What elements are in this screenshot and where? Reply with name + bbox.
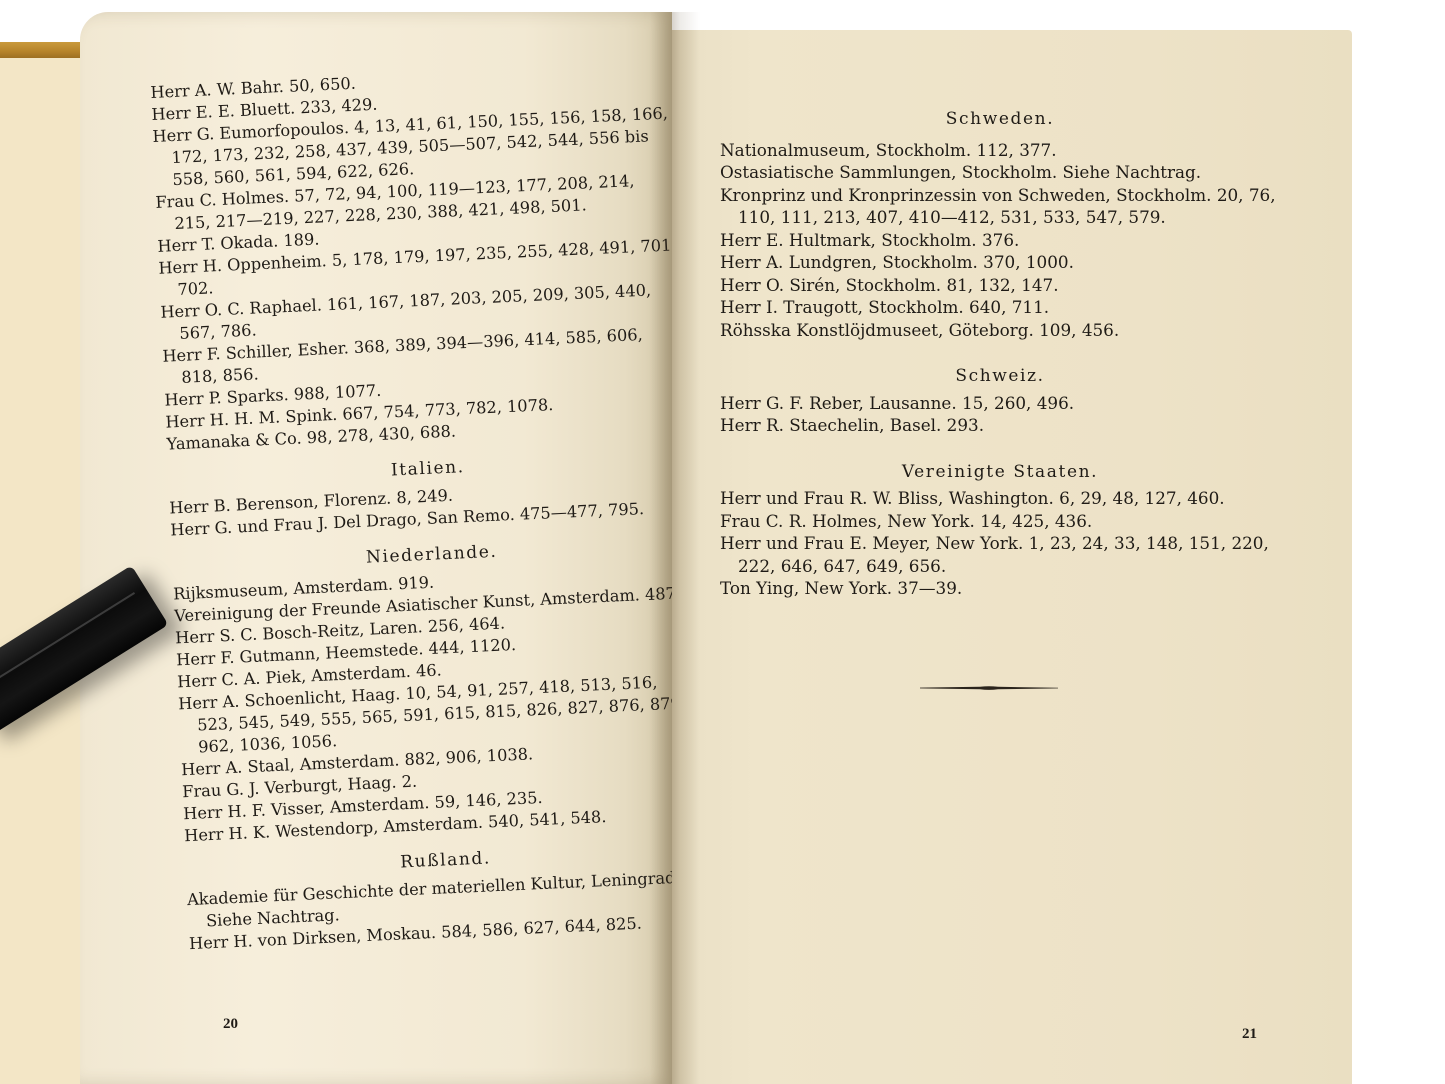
book-cover-edge bbox=[0, 42, 82, 58]
section-heading-schweden: Schweden. bbox=[720, 108, 1280, 131]
index-entry: Röhsska Konstlöjdmuseet, Göteborg. 109, … bbox=[720, 319, 1280, 342]
section-gap bbox=[720, 437, 1280, 451]
right-page: Schweden. Nationalmuseum, Stockholm. 112… bbox=[672, 30, 1352, 1084]
index-entry: Herr R. Staechelin, Basel. 293. bbox=[720, 414, 1280, 437]
index-entry: Nationalmuseum, Stockholm. 112, 377. bbox=[720, 139, 1280, 162]
index-entry: Herr E. Hultmark, Stockholm. 376. bbox=[720, 229, 1280, 252]
section-heading-vereinigte-staaten: Vereinigte Staaten. bbox=[720, 461, 1280, 484]
index-entry: Herr O. Sirén, Stockholm. 81, 132, 147. bbox=[720, 274, 1280, 297]
left-page-content: Herr A. W. Bahr. 50, 650. Herr E. E. Blu… bbox=[150, 58, 709, 955]
index-entry: Ton Ying, New York. 37—39. bbox=[720, 577, 1280, 600]
page-number-right: 21 bbox=[1242, 1026, 1257, 1043]
index-entry: Kronprinz und Kronprinzessin von Schwede… bbox=[720, 184, 1280, 229]
index-entry: Herr I. Traugott, Stockholm. 640, 711. bbox=[720, 296, 1280, 319]
index-entry: Herr und Frau R. W. Bliss, Washington. 6… bbox=[720, 487, 1280, 510]
underlying-page bbox=[0, 58, 90, 1084]
index-entry: Herr A. Lundgren, Stockholm. 370, 1000. bbox=[720, 251, 1280, 274]
left-page: Herr A. W. Bahr. 50, 650. Herr E. E. Blu… bbox=[80, 12, 672, 1084]
index-entry: Herr G. F. Reber, Lausanne. 15, 260, 496… bbox=[720, 392, 1280, 415]
end-ornament-rule-icon bbox=[920, 685, 1058, 691]
index-entry: Herr und Frau E. Meyer, New York. 1, 23,… bbox=[720, 532, 1280, 577]
index-entry: Ostasiatische Sammlungen, Stockholm. Sie… bbox=[720, 161, 1280, 184]
section-heading-schweiz: Schweiz. bbox=[720, 365, 1280, 388]
section-gap bbox=[720, 341, 1280, 355]
page-number-left: 20 bbox=[223, 1016, 238, 1033]
index-entry: Frau C. R. Holmes, New York. 14, 425, 43… bbox=[720, 510, 1280, 533]
right-page-content: Schweden. Nationalmuseum, Stockholm. 112… bbox=[720, 108, 1280, 600]
